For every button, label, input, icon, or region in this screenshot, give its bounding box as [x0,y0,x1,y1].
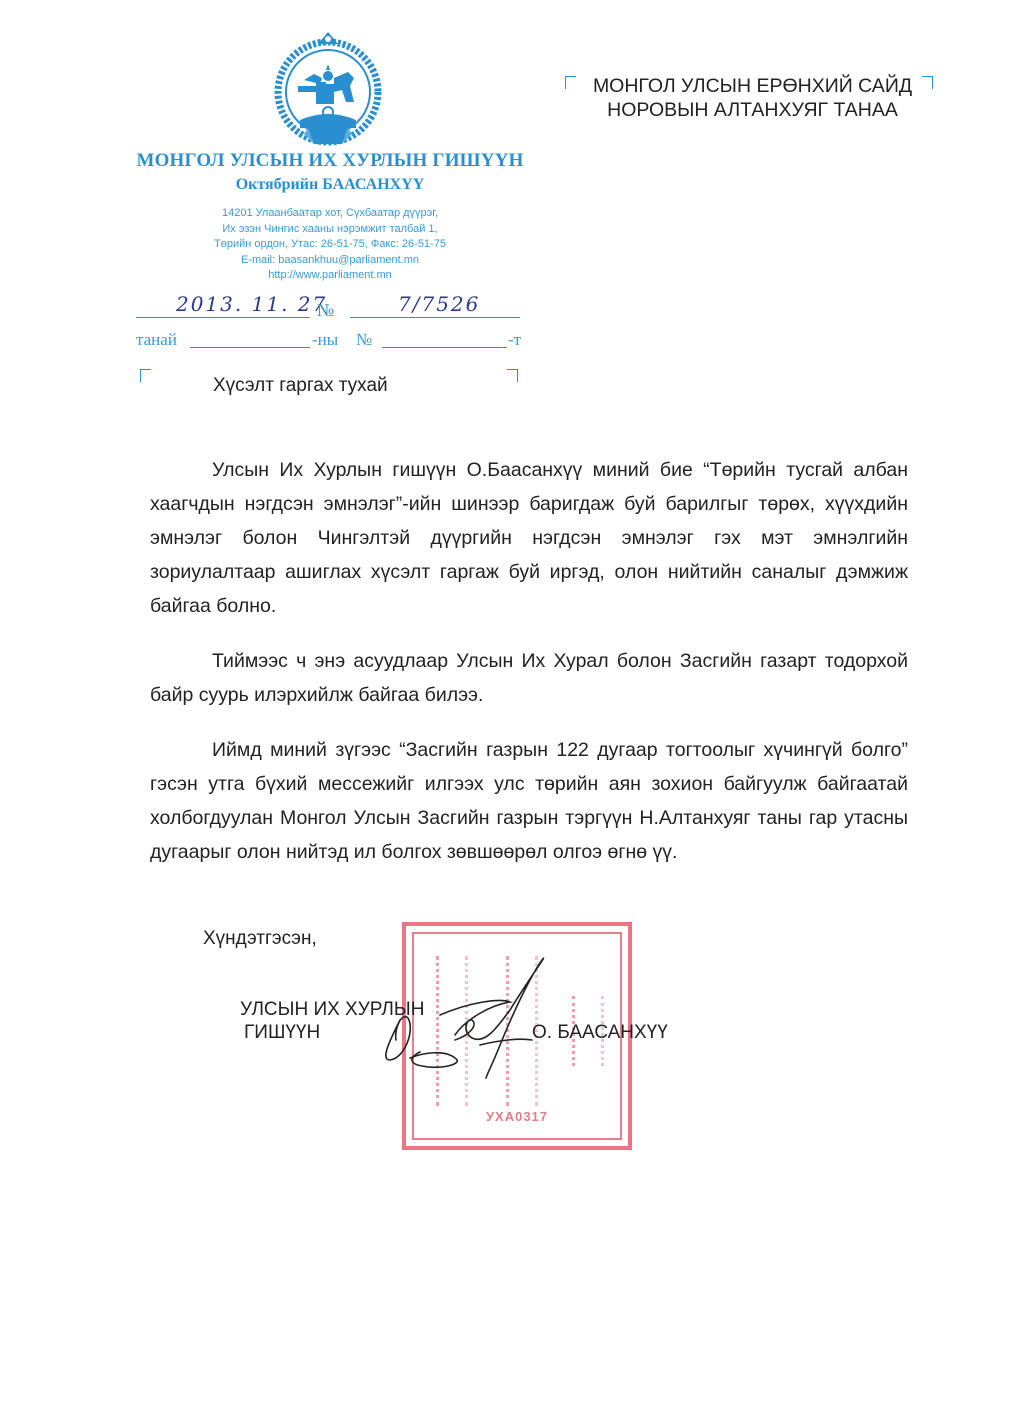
member-name: Октябрийн БААСАНХҮҮ [130,176,530,194]
letterhead-address: 14201 Улаанбаатар хот, Сүхбаатар дүүрэг,… [130,206,530,284]
address-line-square: Их эзэн Чингис хааны нэрэмжит талбай 1, [130,222,530,238]
recipient-block: МОНГОЛ УЛСЫН ЕРӨНХИЙ САЙД НОРОВЫН АЛТАНХ… [575,74,930,122]
recipient-title: МОНГОЛ УЛСЫН ЕРӨНХИЙ САЙД [575,74,930,98]
your-ref-prefix: танай [136,330,177,350]
address-line-street: 14201 Улаанбаатар хот, Сүхбаатар дүүрэг, [130,206,530,222]
handwritten-signature-icon [360,940,560,1090]
address-line-email: E-mail: baasankhuu@parliament.mn [130,253,530,269]
closing-salutation: Хүндэтгэсэн, [203,928,317,950]
letter-body: Улсын Их Хурлын гишүүн О.Баасанхүү миний… [150,453,908,890]
stamp-code: УХА0317 [406,1109,628,1124]
recipient-name: НОРОВЫН АЛТАНХУЯГ ТАНАА [575,98,930,122]
ref-date-line [136,317,310,318]
address-line-phone-fax: Төрийн ордон, Утас: 26-51-75, Факс: 26-5… [130,237,530,253]
address-line-website: http://www.parliament.mn [130,268,530,284]
handwritten-ref-number: 7/7526 [398,292,480,316]
letter-subject: Хүсэлт гаргах тухай [213,375,388,397]
your-ref-suffix: -т [508,330,521,350]
organization-title: МОНГОЛ УЛСЫН ИХ ХУРЛЫН ГИШҮҮН [130,150,530,172]
your-ref-date-line [190,347,310,348]
body-paragraph: Иймд миний зүгээс “Засгийн газрын 122 ду… [150,733,908,869]
your-ref-middle: -ны [312,330,338,350]
subject-corner-right-icon [507,369,518,382]
number-sign: № [317,300,334,321]
ref-number-line [350,317,520,318]
your-ref-number-line [382,347,507,348]
subject-corner-left-icon [140,369,151,382]
handwritten-date: 2013. 11. 27 [176,292,327,316]
body-paragraph: Тиймээс ч энэ асуудлаар Улсын Их Хурал б… [150,644,908,712]
body-paragraph: Улсын Их Хурлын гишүүн О.Баасанхүү миний… [150,453,908,623]
mongolia-state-emblem-icon [270,28,386,152]
outgoing-reference: 2013. 11. 27 № 7/7526 [136,288,520,318]
your-ref-number-sign: № [356,330,372,350]
incoming-reference: танай -ны № -т [136,328,522,352]
